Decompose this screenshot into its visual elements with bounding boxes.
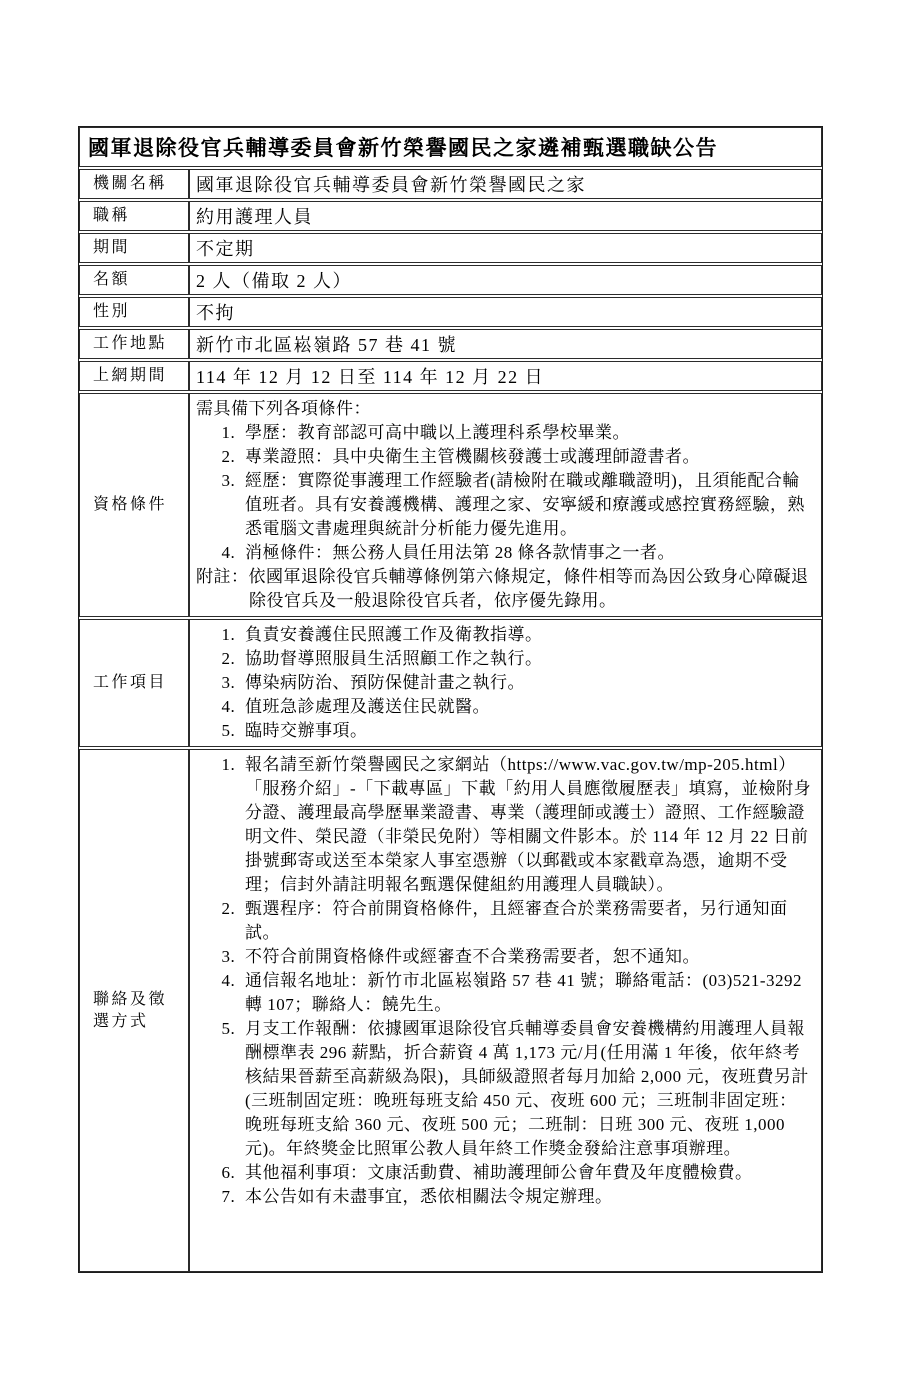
table-row-quota: 名額 2 人（備取 2 人） [79,265,822,295]
row-label-duties: 工作項目 [79,619,189,747]
table-row-location: 工作地點 新竹市北區崧嶺路 57 巷 41 號 [79,329,822,359]
list-item: 不符合前開資格條件或經審查不合業務需要者，恕不通知。 [240,945,813,969]
list-item: 傳染病防治、預防保健計畫之執行。 [240,671,813,695]
row-label-agency: 機關名稱 [79,169,189,199]
list-item: 本公告如有未盡事宜，悉依相關法令規定辦理。 [240,1185,813,1209]
list-item: 專業證照：具中央衛生主管機關核發護士或護理師證書者。 [240,445,813,469]
contact-list: 報名請至新竹榮譽國民之家網站（https://www.vac.gov.tw/mp… [194,753,813,1209]
row-label-qualifications: 資格條件 [79,393,189,617]
list-item: 其他福利事項：文康活動費、補助護理師公會年費及年度體檢費。 [240,1161,813,1185]
row-value-period: 不定期 [189,233,822,263]
list-item: 月支工作報酬：依據國軍退除役官兵輔導委員會安養機構約用護理人員報酬標準表 296… [240,1017,813,1161]
list-item: 甄選程序：符合前開資格條件，且經審查合於業務需要者，另行通知面試。 [240,897,813,945]
table-row-qualifications: 資格條件 需具備下列各項條件： 學歷：教育部認可高中職以上護理科系學校畢業。 專… [79,393,822,617]
table-row-agency: 機關名稱 國軍退除役官兵輔導委員會新竹榮譽國民之家 [79,169,822,199]
row-value-gender: 不拘 [189,297,822,327]
list-item: 值班急診處理及護送住民就醫。 [240,695,813,719]
row-value-location: 新竹市北區崧嶺路 57 巷 41 號 [189,329,822,359]
list-item: 協助督導照服員生活照顧工作之執行。 [240,647,813,671]
table-row-job-title: 職稱 約用護理人員 [79,201,822,231]
qualifications-note: 附註：依國軍退除役官兵輔導條例第六條規定，條件相等而為因公致身心障礙退除役官兵及… [196,565,813,613]
list-item: 報名請至新竹榮譽國民之家網站（https://www.vac.gov.tw/mp… [240,753,813,897]
page-title: 國軍退除役官兵輔導委員會新竹榮譽國民之家遴補甄選職缺公告 [79,127,822,167]
qualifications-intro: 需具備下列各項條件： [194,397,813,421]
row-value-job-title: 約用護理人員 [189,201,822,231]
announcement-table: 國軍退除役官兵輔導委員會新竹榮譽國民之家遴補甄選職缺公告 機關名稱 國軍退除役官… [78,126,823,1273]
row-value-posting-period: 114 年 12 月 12 日至 114 年 12 月 22 日 [189,361,822,391]
table-row-contact: 聯絡及徵選方式 報名請至新竹榮譽國民之家網站（https://www.vac.g… [79,749,822,1272]
document-page: 國軍退除役官兵輔導委員會新竹榮譽國民之家遴補甄選職缺公告 機關名稱 國軍退除役官… [0,0,900,1380]
list-item: 負責安養護住民照護工作及衛教指導。 [240,623,813,647]
contact-content: 報名請至新竹榮譽國民之家網站（https://www.vac.gov.tw/mp… [189,749,822,1272]
duties-list: 負責安養護住民照護工作及衛教指導。 協助督導照服員生活照顧工作之執行。 傳染病防… [194,623,813,743]
row-value-agency: 國軍退除役官兵輔導委員會新竹榮譽國民之家 [189,169,822,199]
table-row-posting-period: 上網期間 114 年 12 月 12 日至 114 年 12 月 22 日 [79,361,822,391]
duties-content: 負責安養護住民照護工作及衛教指導。 協助督導照服員生活照顧工作之執行。 傳染病防… [189,619,822,747]
qualifications-list: 學歷：教育部認可高中職以上護理科系學校畢業。 專業證照：具中央衛生主管機關核發護… [194,421,813,565]
list-item: 臨時交辦事項。 [240,719,813,743]
row-label-posting-period: 上網期間 [79,361,189,391]
list-item: 消極條件：無公務人員任用法第 28 條各款情事之一者。 [240,541,813,565]
list-item: 經歷：實際從事護理工作經驗者(請檢附在職或離職證明)，且須能配合輪值班者。具有安… [240,469,813,541]
title-row: 國軍退除役官兵輔導委員會新竹榮譽國民之家遴補甄選職缺公告 [79,127,822,167]
table-row-period: 期間 不定期 [79,233,822,263]
row-label-quota: 名額 [79,265,189,295]
list-item: 學歷：教育部認可高中職以上護理科系學校畢業。 [240,421,813,445]
row-value-quota: 2 人（備取 2 人） [189,265,822,295]
table-row-gender: 性別 不拘 [79,297,822,327]
row-label-job-title: 職稱 [79,201,189,231]
qualifications-content: 需具備下列各項條件： 學歷：教育部認可高中職以上護理科系學校畢業。 專業證照：具… [189,393,822,617]
table-row-duties: 工作項目 負責安養護住民照護工作及衛教指導。 協助督導照服員生活照顧工作之執行。… [79,619,822,747]
row-label-period: 期間 [79,233,189,263]
row-label-contact: 聯絡及徵選方式 [79,749,189,1272]
row-label-location: 工作地點 [79,329,189,359]
list-item: 通信報名地址：新竹市北區崧嶺路 57 巷 41 號；聯絡電話：(03)521-3… [240,969,813,1017]
row-label-gender: 性別 [79,297,189,327]
